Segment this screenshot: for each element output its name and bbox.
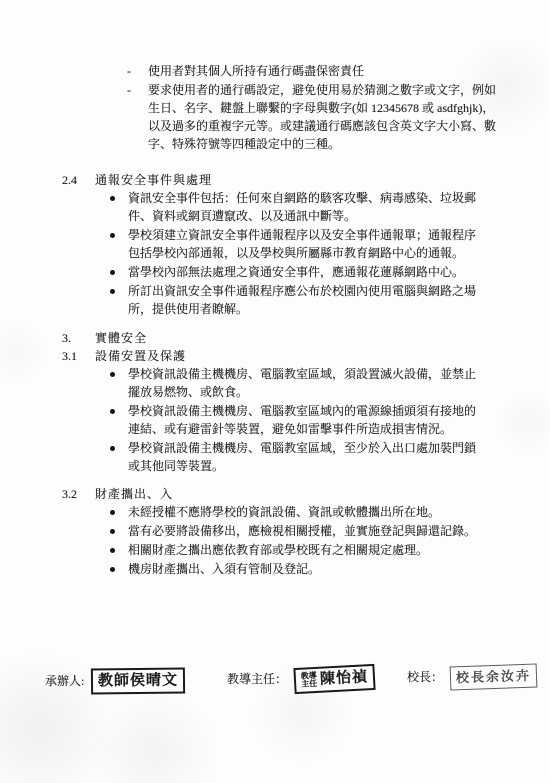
- bullet-item: 當有必要將設備移出，應檢視相關授權，並實施登記與歸還記錄。: [110, 522, 508, 540]
- signature-label: 承辦人:: [45, 672, 84, 690]
- section-bullet-list: 學校資訊設備主機機房、電腦教室區域，須設置滅火設備，並禁止擺放易燃物、或飲食。 …: [110, 365, 508, 475]
- signature-group: 教導主任： 教導 主任 陳怡禎: [227, 666, 375, 692]
- bullet-text: 機房財產攜出、入須有管制及登記。: [128, 560, 486, 578]
- bullet-item: 學校資訊設備主機機房、電腦教室區域，至少於入出口處加裝門鎖或其他同等裝置。: [110, 439, 508, 475]
- stamp-title: 教導 主任: [301, 672, 318, 689]
- bullet-item: 當學校內部無法處理之資通安全事件，應通報花蓮縣網路中心。: [110, 263, 508, 281]
- bullet-item: 資訊安全事件包括：任何來自網路的駭客攻擊、病毒感染、垃圾郵件、資料或網頁遭竄改、…: [110, 189, 508, 225]
- section: 3.1 設備安置及保護 學校資訊設備主機機房、電腦教室區域，須設置滅火設備，並禁…: [62, 347, 508, 475]
- bullet-text: 學校資訊設備主機機房、電腦教室區域，須設置滅火設備，並禁止擺放易燃物、或飲食。: [128, 365, 486, 401]
- section-heading: 3.1 設備安置及保護: [62, 347, 508, 365]
- section-title: 通報安全事件與處理: [95, 171, 212, 189]
- bullet-dot-icon: [110, 233, 115, 238]
- bullet-dot-icon: [110, 409, 115, 414]
- section-bullet-list: 未經授權不應將學校的資訊設備、資訊或軟體攜出所在地。 當有必要將設備移出，應檢視…: [110, 503, 508, 578]
- bullet-text: 當有必要將設備移出，應檢視相關授權，並實施登記與歸還記錄。: [128, 522, 486, 540]
- section-number: 2.4: [62, 171, 95, 189]
- name-stamp: 校長余汝卉: [450, 663, 538, 690]
- bullet-dot-icon: [110, 270, 115, 275]
- bullet-text: 相關財產之攜出應依教育部或學校既有之相關規定處理。: [128, 541, 486, 559]
- stamp-name: 陳怡禎: [320, 668, 369, 688]
- section-title: 設備安置及保護: [95, 347, 186, 365]
- section-title: 財產攜出、入: [95, 485, 173, 503]
- policy-sections: 2.4 通報安全事件與處理 資訊安全事件包括：任何來自網路的駭客攻擊、病毒感染、…: [62, 171, 508, 579]
- stamp-name: 教師侯晴文: [98, 672, 178, 691]
- section-bullet-list: 資訊安全事件包括：任何來自網路的駭客攻擊、病毒感染、垃圾郵件、資料或網頁遭竄改、…: [110, 189, 508, 318]
- bullet-text: 學校資訊設備主機機房、電腦教室區域，至少於入出口處加裝門鎖或其他同等裝置。: [128, 439, 486, 475]
- bullet-dot-icon: [110, 446, 115, 451]
- list-item: - 使用者對其個人所持有通行碼盡保密責任: [127, 62, 509, 80]
- bullet-dot-icon: [110, 567, 115, 572]
- bullet-dot-icon: [110, 196, 115, 201]
- bullet-item: 未經授權不應將學校的資訊設備、資訊或軟體攜出所在地。: [110, 503, 508, 521]
- bullet-text: 學校須建立資訊安全事件通報程序以及安全事件通報單；通報程序包括學校內部通報，以及…: [128, 226, 486, 262]
- bullet-item: 機房財產攜出、入須有管制及登記。: [110, 560, 508, 578]
- bullet-text: 所訂出資訊安全事件通報程序應公布於校園內使用電腦與網路之場所，提供使用者瞭解。: [128, 282, 486, 318]
- document-page: - 使用者對其個人所持有通行碼盡保密責任 - 要求使用者的通行碼設定，避免使用易…: [0, 0, 550, 783]
- bullet-item: 所訂出資訊安全事件通報程序應公布於校園內使用電腦與網路之場所，提供使用者瞭解。: [110, 282, 508, 318]
- section-heading: 3. 實體安全: [62, 329, 508, 347]
- list-item: - 要求使用者的通行碼設定，避免使用易於猜測之數字或文字，例如生日、名字、鍵盤上…: [127, 81, 509, 153]
- bullet-item: 學校資訊設備主機機房、電腦教室區域，須設置滅火設備，並禁止擺放易燃物、或飲食。: [110, 365, 508, 401]
- bullet-text: 學校資訊設備主機機房、電腦教室區域內的電源線插頭須有接地的連結、或有避雷針等裝置…: [128, 402, 486, 438]
- password-guidelines-list: - 使用者對其個人所持有通行碼盡保密責任 - 要求使用者的通行碼設定，避免使用易…: [127, 62, 509, 154]
- name-stamp: 教師侯晴文: [91, 668, 185, 695]
- dash-bullet-icon: -: [127, 81, 148, 153]
- name-stamp: 教導 主任 陳怡禎: [293, 664, 375, 694]
- bullet-text: 未經授權不應將學校的資訊設備、資訊或軟體攜出所在地。: [128, 503, 486, 521]
- bullet-text: 當學校內部無法處理之資通安全事件，應通報花蓮縣網路中心。: [128, 263, 486, 281]
- section-heading: 3.2 財產攜出、入: [62, 485, 508, 503]
- bullet-dot-icon: [110, 372, 115, 377]
- bullet-item: 相關財產之攜出應依教育部或學校既有之相關規定處理。: [110, 541, 508, 559]
- section-number: 3.1: [62, 347, 95, 365]
- section: 3.2 財產攜出、入 未經授權不應將學校的資訊設備、資訊或軟體攜出所在地。 當有…: [62, 485, 508, 578]
- dash-bullet-icon: -: [127, 62, 148, 80]
- signature-label: 教導主任：: [227, 670, 287, 688]
- list-item-text: 使用者對其個人所持有通行碼盡保密責任: [148, 62, 500, 80]
- section-heading: 2.4 通報安全事件與處理: [62, 171, 508, 189]
- bullet-item: 學校須建立資訊安全事件通報程序以及安全事件通報單；通報程序包括學校內部通報，以及…: [110, 226, 508, 262]
- stamp-name: 校長余汝卉: [456, 667, 532, 688]
- section: 3. 實體安全: [62, 329, 508, 347]
- section: 2.4 通報安全事件與處理 資訊安全事件包括：任何來自網路的駭客攻擊、病毒感染、…: [62, 171, 508, 318]
- bullet-dot-icon: [110, 289, 115, 294]
- signature-group: 校長： 校長余汝卉: [407, 665, 537, 689]
- bullet-dot-icon: [110, 548, 115, 553]
- bullet-dot-icon: [110, 510, 115, 515]
- bullet-text: 資訊安全事件包括：任何來自網路的駭客攻擊、病毒感染、垃圾郵件、資料或網頁遭竄改、…: [128, 189, 486, 225]
- section-number: 3.2: [62, 485, 95, 503]
- signature-label: 校長：: [407, 668, 443, 686]
- section-number: 3.: [62, 329, 95, 347]
- list-item-text: 要求使用者的通行碼設定，避免使用易於猜測之數字或文字，例如生日、名字、鍵盤上聯繫…: [148, 81, 500, 153]
- bullet-dot-icon: [110, 529, 115, 534]
- signature-row: 承辦人: 教師侯晴文 教導主任： 教導 主任 陳怡禎 校長： 校長余汝卉: [0, 656, 550, 706]
- section-title: 實體安全: [95, 329, 147, 347]
- bullet-item: 學校資訊設備主機機房、電腦教室區域內的電源線插頭須有接地的連結、或有避雷針等裝置…: [110, 402, 508, 438]
- signature-group: 承辦人: 教師侯晴文: [45, 668, 185, 694]
